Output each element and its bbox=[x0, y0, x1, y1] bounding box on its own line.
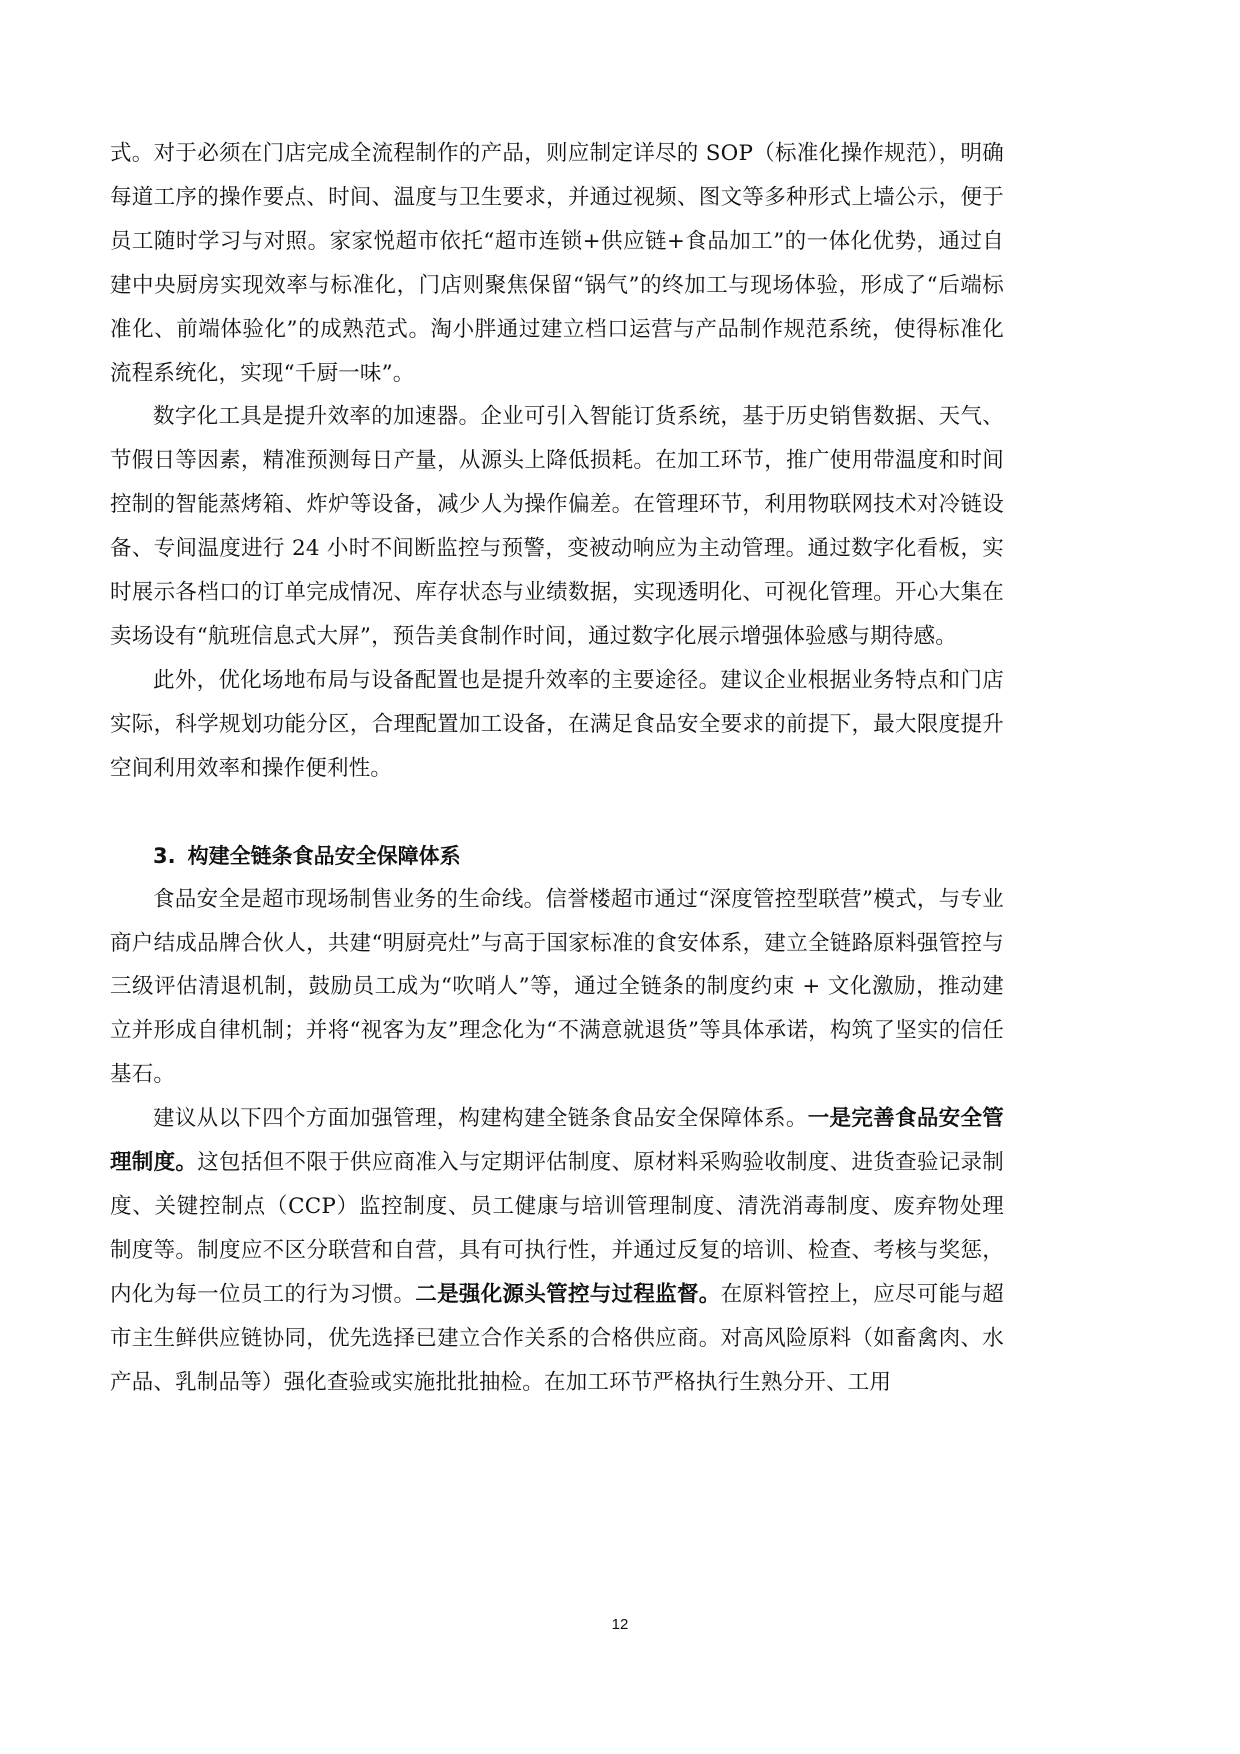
paragraph-layout-optimization: 此外，优化场地布局与设备配置也是提升效率的主要途径。建议企业根据业务特点和门店实… bbox=[110, 659, 1004, 791]
paragraph-text: 建议从以下四个方面加强管理，构建构建全链条食品安全保障体系。 bbox=[153, 1106, 808, 1131]
paragraph-text: 数字化工具是提升效率的加速器。企业可引入智能订货系统，基于历史销售数据、天气、节… bbox=[110, 404, 1004, 649]
bold-point-two: 二是强化源头管控与过程监督。 bbox=[415, 1282, 720, 1307]
page-number: 12 bbox=[0, 1616, 1240, 1633]
section-heading: 3.构建全链条食品安全保障体系 bbox=[110, 834, 1004, 878]
paragraph-food-safety-lifeline: 食品安全是超市现场制售业务的生命线。信誉楼超市通过“深度管控型联营”模式，与专业… bbox=[110, 878, 1004, 1098]
section-title: 构建全链条食品安全保障体系 bbox=[188, 844, 461, 868]
paragraph-sop-standardization: 式。对于必须在门店完成全流程制作的产品，则应制定详尽的 SOP（标准化操作规范）… bbox=[110, 132, 1004, 395]
paragraph-four-aspects: 建议从以下四个方面加强管理，构建构建全链条食品安全保障体系。一是完善食品安全管理… bbox=[110, 1097, 1004, 1404]
paragraph-text: 此外，优化场地布局与设备配置也是提升效率的主要途径。建议企业根据业务特点和门店实… bbox=[110, 668, 1004, 781]
paragraph-text: 式。对于必须在门店完成全流程制作的产品，则应制定详尽的 SOP（标准化操作规范）… bbox=[110, 141, 1004, 386]
paragraph-text: 食品安全是超市现场制售业务的生命线。信誉楼超市通过“深度管控型联营”模式，与专业… bbox=[110, 887, 1004, 1088]
document-page: 式。对于必须在门店完成全流程制作的产品，则应制定详尽的 SOP（标准化操作规范）… bbox=[110, 132, 1004, 1404]
paragraph-digital-tools: 数字化工具是提升效率的加速器。企业可引入智能订货系统，基于历史销售数据、天气、节… bbox=[110, 395, 1004, 658]
section-number: 3. bbox=[153, 844, 176, 868]
